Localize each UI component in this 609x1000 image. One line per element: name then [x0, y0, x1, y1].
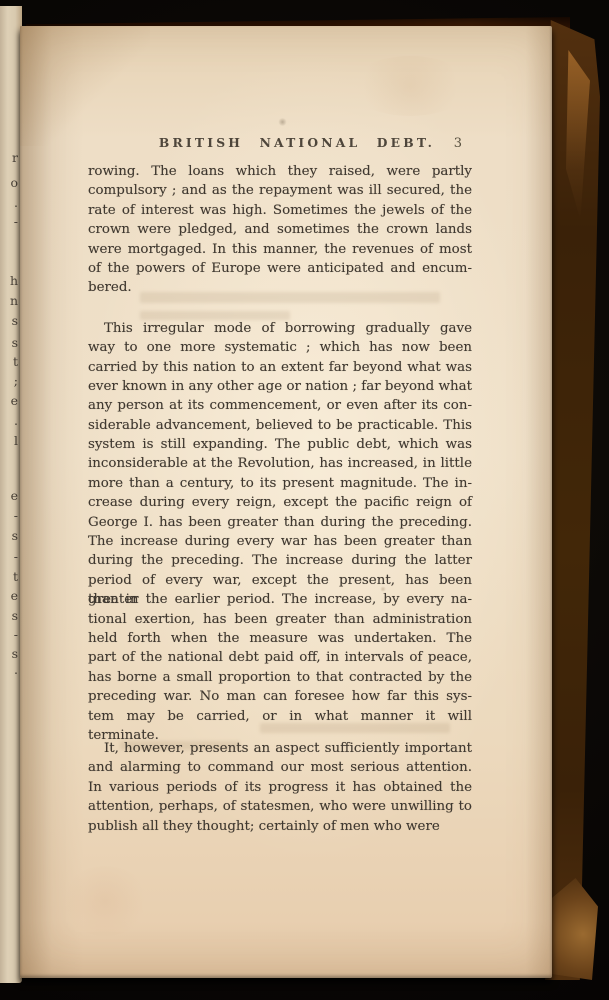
facing-page-text-fragment: h: [10, 275, 18, 288]
text-line: has borne a small proportion to that con…: [88, 668, 472, 687]
text-line: siderable advancement, believed to be pr…: [88, 416, 472, 435]
text-line: crown were pledged, and sometimes the cr…: [88, 220, 472, 239]
facing-page-text-fragment: s: [12, 610, 18, 623]
text-line: rate of interest was high. Sometimes the…: [88, 201, 472, 220]
page-text: rowing. The loans which they raised, wer…: [88, 162, 472, 857]
facing-page-text-fragment: .: [14, 664, 18, 677]
text-line: In various periods of its progress it ha…: [88, 778, 472, 797]
facing-page-text-fragment: s: [12, 648, 18, 661]
facing-page-text-fragment: s: [12, 530, 18, 543]
page-header: BRITISH NATIONAL DEBT. 3: [88, 135, 472, 153]
page-stain: [350, 56, 470, 116]
facing-page-text-fragment: r: [12, 152, 18, 165]
text-line: tional exertion, has been greater than a…: [88, 610, 472, 629]
text-line: It, however, presents an aspect sufficie…: [88, 739, 472, 758]
text-line: carried by this nation to an extent far …: [88, 358, 472, 377]
text-line: held forth when the measure was undertak…: [88, 629, 472, 648]
text-line: The increase during every war has been g…: [88, 532, 472, 551]
facing-page-text-fragment: e: [11, 590, 18, 603]
facing-page-text-fragment: n: [10, 295, 18, 308]
facing-page-text-fragment: -: [14, 216, 18, 229]
text-line: were mortgaged. In this manner, the reve…: [88, 240, 472, 259]
facing-page-text-fragment: s: [12, 337, 18, 350]
facing-page-text-fragment: s: [12, 315, 18, 328]
photograph-of-open-book: ro.-hnsst;e.le-s-tes-s. BRITISH NATIONAL…: [0, 0, 609, 1000]
facing-page-text-fragment: e: [11, 395, 18, 408]
text-line: during the preceding. The increase durin…: [88, 551, 472, 570]
facing-page-text-fragment: ;: [14, 375, 18, 388]
facing-page-text-fragment: .: [14, 197, 18, 210]
text-line: This irregular mode of borrowing gradual…: [88, 319, 472, 338]
text-line: inconsiderable at the Revolution, has in…: [88, 454, 472, 473]
facing-page-text-fragment: -: [14, 629, 18, 642]
text-line: tem may be carried, or in what manner it…: [88, 707, 472, 726]
facing-page-text-fragment: o: [10, 177, 18, 190]
paragraph: It, however, presents an aspect sufficie…: [88, 739, 472, 836]
text-line: way to one more systematic ; which has n…: [88, 338, 472, 357]
page-speck: [278, 118, 287, 126]
text-line: period of every war, except the present,…: [88, 571, 472, 590]
text-line: ever known in any other age or nation ; …: [88, 377, 472, 396]
facing-page-text-fragment: .: [14, 415, 18, 428]
text-line: rowing. The loans which they raised, wer…: [88, 162, 472, 181]
paragraph: rowing. The loans which they raised, wer…: [88, 162, 472, 298]
text-line: George I. has been greater than during t…: [88, 513, 472, 532]
page-stain: [60, 866, 150, 936]
facing-page-text-fragment: -: [14, 551, 18, 564]
facing-page-text-fragment: -: [14, 510, 18, 523]
page-corner-shadow: [20, 26, 150, 146]
facing-page-text-fragment: t: [13, 571, 18, 584]
page-number: 3: [454, 136, 462, 151]
text-line: than in the earlier period. The increase…: [88, 590, 472, 609]
text-line: crease during every reign, except the pa…: [88, 493, 472, 512]
running-header: BRITISH NATIONAL DEBT.: [88, 135, 472, 150]
text-line: preceding war. No man can foresee how fa…: [88, 687, 472, 706]
book-page: BRITISH NATIONAL DEBT. 3 rowing. The loa…: [20, 26, 552, 978]
text-line: compulsory ; and as the repayment was il…: [88, 181, 472, 200]
paragraph: This irregular mode of borrowing gradual…: [88, 319, 472, 726]
facing-page-edge: ro.-hnsst;e.le-s-tes-s.: [0, 6, 22, 983]
facing-page-text-fragment: t: [13, 356, 18, 369]
text-line: bered.: [88, 278, 472, 297]
text-line: part of the national debt paid off, in i…: [88, 648, 472, 667]
text-line: publish all they thought; certainly of m…: [88, 817, 472, 836]
facing-page-text-fragment: e: [11, 490, 18, 503]
text-line: more than a century, to its present magn…: [88, 474, 472, 493]
text-line: any person at its commencement, or even …: [88, 396, 472, 415]
text-line: attention, perhaps, of statesmen, who we…: [88, 797, 472, 816]
text-line: system is still expanding. The public de…: [88, 435, 472, 454]
text-line: and alarming to command our most serious…: [88, 758, 472, 777]
text-line: of the powers of Europe were anticipated…: [88, 259, 472, 278]
facing-page-text-fragment: l: [14, 435, 18, 448]
